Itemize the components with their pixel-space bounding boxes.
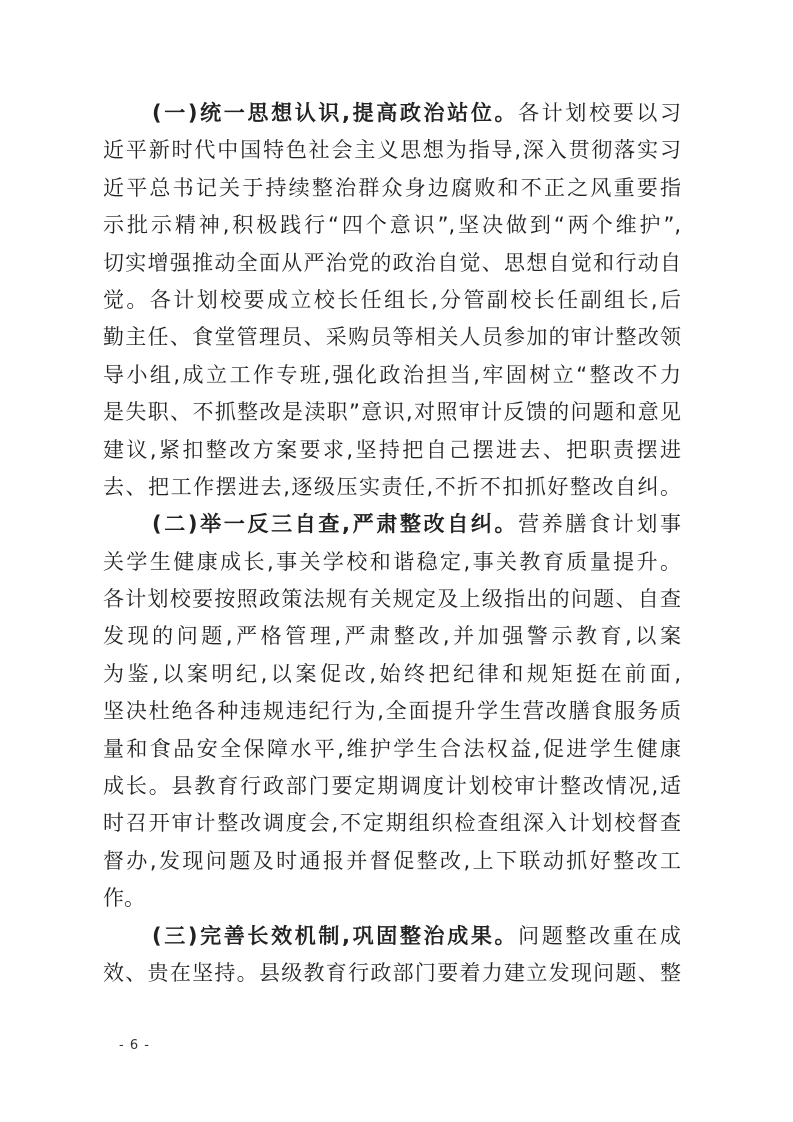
text-line: 觉。各计划校要成立校长任组长,分管副校长任副组长,后: [103, 282, 681, 319]
text-line: 是失职、不抓整改是渎职”意识,对照审计反馈的问题和意见: [103, 394, 681, 431]
paragraph-text: 营养膳食计划事: [518, 512, 681, 536]
text-line: 效、贵在坚持。县级教育行政部门要着力建立发现问题、整: [103, 955, 681, 992]
paragraph-text: 示批示精神,积极践行“四个意识”,坚决做到“两个维护”,: [103, 213, 681, 237]
paragraph-text: 各计划校要以习: [518, 101, 681, 125]
text-line: (一)统一思想认识,提高政治站位。各计划校要以习: [103, 95, 681, 132]
paragraph-text: 发现的问题,严格管理,严肃整改,并加强警示教育,以案: [103, 624, 681, 648]
paragraph-text: 问题整改重在成: [518, 924, 681, 948]
text-line: 作。: [103, 880, 681, 917]
paragraph-text: 坚决杜绝各种违规违纪行为,全面提升学生营改膳食服务质: [103, 699, 681, 723]
text-line: 去、把工作摆进去,逐级压实责任,不折不扣抓好整改自纠。: [103, 469, 681, 506]
paragraph-text: 量和食品安全保障水平,维护学生合法权益,促进学生健康: [103, 737, 681, 761]
paragraph-text: 导小组,成立工作专班,强化政治担当,牢固树立“整改不力: [103, 363, 681, 387]
paragraph-text: 为鉴,以案明纪,以案促改,始终把纪律和规矩挺在前面,: [103, 662, 681, 686]
text-line: (三)完善长效机制,巩固整治成果。问题整改重在成: [103, 918, 681, 955]
text-line: 导小组,成立工作专班,强化政治担当,牢固树立“整改不力: [103, 357, 681, 394]
paragraph-text: 近平总书记关于持续整治群众身边腐败和不正之风重要指: [103, 176, 681, 200]
text-line: 勤主任、食堂管理员、采购员等相关人员参加的审计整改领: [103, 319, 681, 356]
text-block: (一)统一思想认识,提高政治站位。各计划校要以习近平新时代中国特色社会主义思想为…: [103, 95, 681, 992]
paragraph-text: 勤主任、食堂管理员、采购员等相关人员参加的审计整改领: [103, 325, 681, 349]
text-line: 发现的问题,严格管理,严肃整改,并加强警示教育,以案: [103, 618, 681, 655]
text-line: 关学生健康成长,事关学校和谐稳定,事关教育质量提升。: [103, 544, 681, 581]
text-line: 示批示精神,积极践行“四个意识”,坚决做到“两个维护”,: [103, 207, 681, 244]
text-line: 坚决杜绝各种违规违纪行为,全面提升学生营改膳食服务质: [103, 693, 681, 730]
paragraph-text: 作。: [103, 886, 145, 910]
paragraph-text: 建议,紧扣整改方案要求,坚持把自己摆进去、把职责摆进: [103, 438, 681, 462]
text-line: 为鉴,以案明纪,以案促改,始终把纪律和规矩挺在前面,: [103, 656, 681, 693]
paragraph-text: 去、把工作摆进去,逐级压实责任,不折不扣抓好整改自纠。: [103, 475, 681, 499]
text-line: 近平总书记关于持续整治群众身边腐败和不正之风重要指: [103, 170, 681, 207]
paragraph-text: 效、贵在坚持。县级教育行政部门要着力建立发现问题、整: [103, 961, 681, 985]
paragraph-text: 时召开审计整改调度会,不定期组织检查组深入计划校督查: [103, 811, 681, 835]
paragraph-text: 各计划校要按照政策法规有关规定及上级指出的问题、自查: [103, 587, 681, 611]
paragraph-heading: (一)统一思想认识,提高政治站位。: [152, 101, 518, 125]
text-line: 量和食品安全保障水平,维护学生合法权益,促进学生健康: [103, 731, 681, 768]
paragraph-text: 切实增强推动全面从严治党的政治自觉、思想自觉和行动自: [103, 251, 681, 275]
paragraph-text: 是失职、不抓整改是渎职”意识,对照审计反馈的问题和意见: [103, 400, 681, 424]
document-page: (一)统一思想认识,提高政治站位。各计划校要以习近平新时代中国特色社会主义思想为…: [0, 0, 793, 1122]
page-number: - 6 -: [119, 1038, 150, 1054]
paragraph-text: 觉。各计划校要成立校长任组长,分管副校长任副组长,后: [103, 288, 681, 312]
text-line: 近平新时代中国特色社会主义思想为指导,深入贯彻落实习: [103, 132, 681, 169]
paragraph-heading: (二)举一反三自查,严肃整改自纠。: [152, 512, 518, 536]
paragraph-heading: (三)完善长效机制,巩固整治成果。: [152, 924, 518, 948]
text-line: 建议,紧扣整改方案要求,坚持把自己摆进去、把职责摆进: [103, 432, 681, 469]
text-line: 各计划校要按照政策法规有关规定及上级指出的问题、自查: [103, 581, 681, 618]
paragraph-text: 关学生健康成长,事关学校和谐稳定,事关教育质量提升。: [103, 550, 681, 574]
paragraph-text: 督办,发现问题及时通报并督促整改,上下联动抓好整改工: [103, 849, 681, 873]
text-line: 督办,发现问题及时通报并督促整改,上下联动抓好整改工: [103, 843, 681, 880]
text-line: 切实增强推动全面从严治党的政治自觉、思想自觉和行动自: [103, 245, 681, 282]
paragraph-text: 成长。县教育行政部门要定期调度计划校审计整改情况,适: [103, 774, 681, 798]
text-line: 时召开审计整改调度会,不定期组织检查组深入计划校督查: [103, 805, 681, 842]
paragraph-text: 近平新时代中国特色社会主义思想为指导,深入贯彻落实习: [103, 138, 681, 162]
text-line: (二)举一反三自查,严肃整改自纠。营养膳食计划事: [103, 506, 681, 543]
text-line: 成长。县教育行政部门要定期调度计划校审计整改情况,适: [103, 768, 681, 805]
